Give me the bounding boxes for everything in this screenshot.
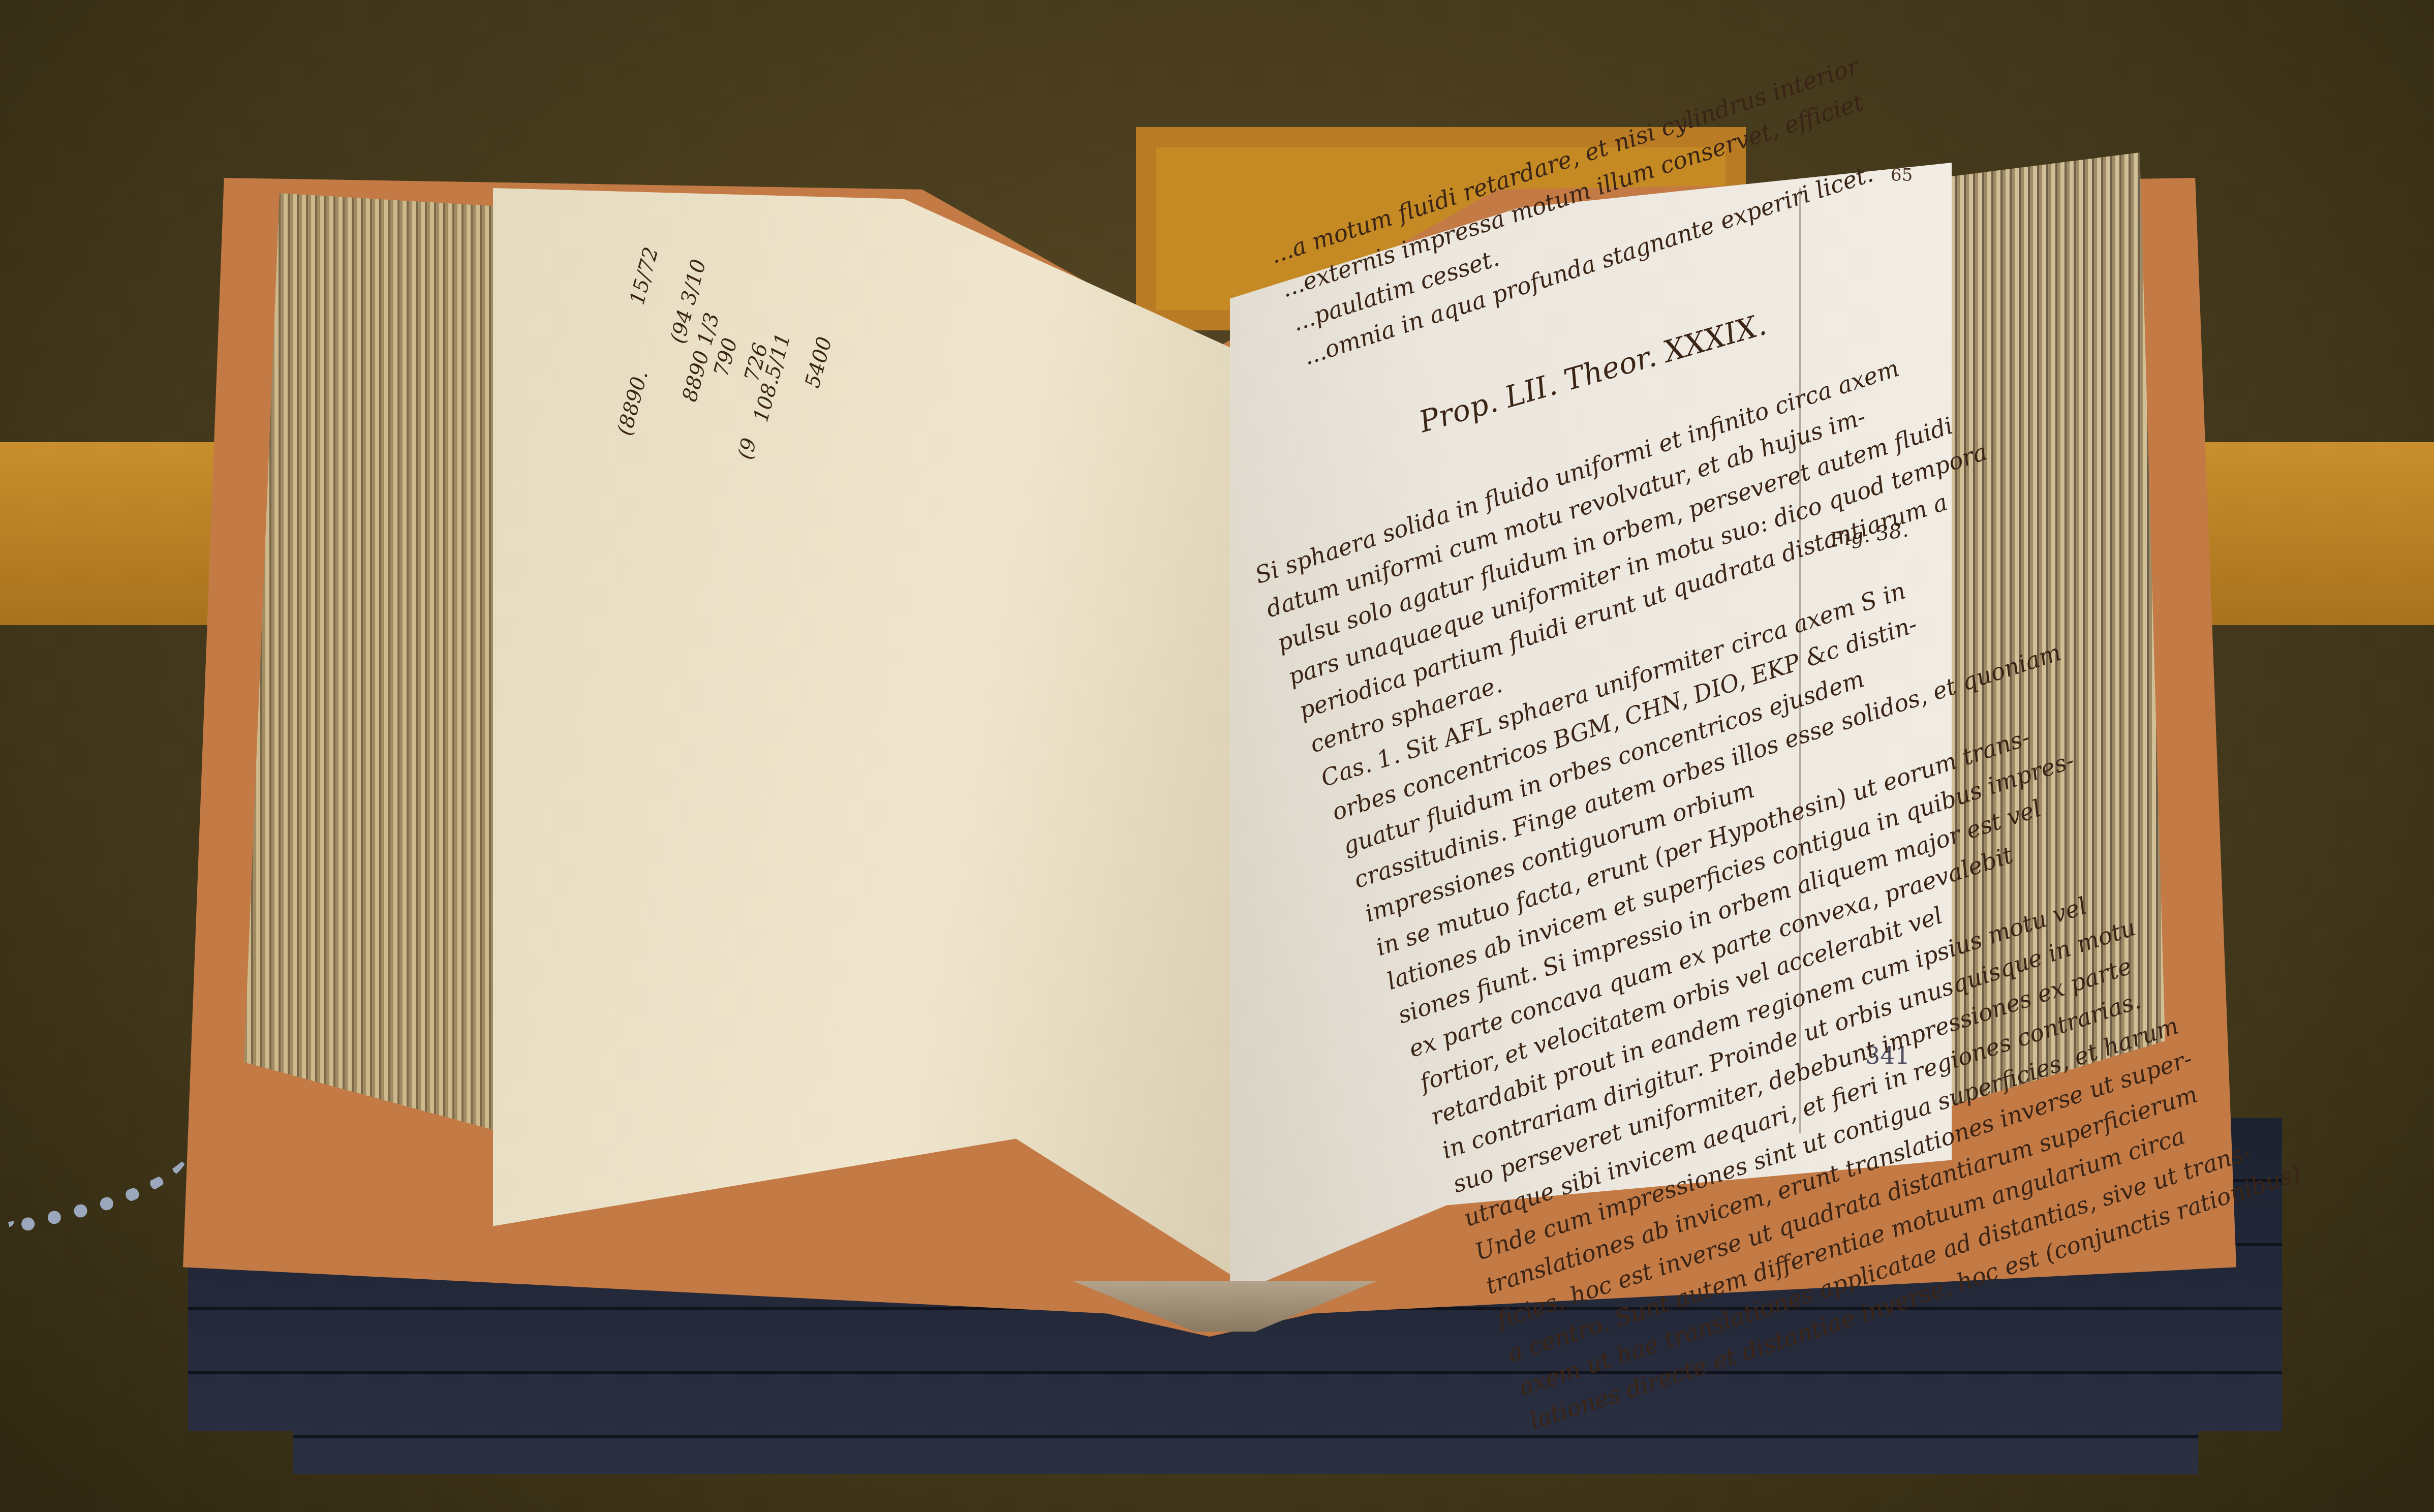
folio-number: 65 xyxy=(1891,165,1913,186)
left-page xyxy=(493,188,1240,1281)
